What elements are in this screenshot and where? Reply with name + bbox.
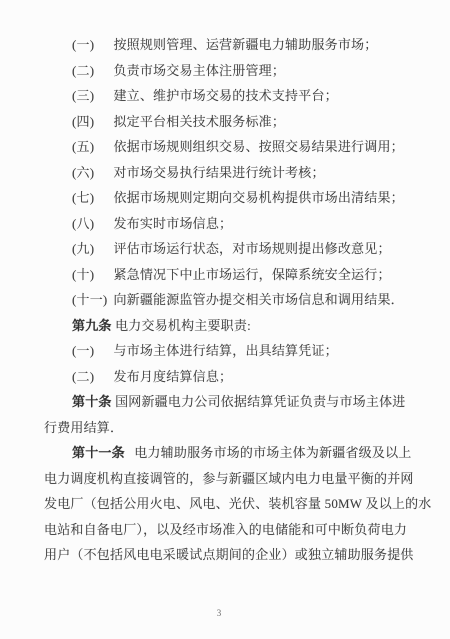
line-text: 电力交易机构主要职责:	[115, 318, 251, 333]
line-text: 拟定平台相关技术服务标准；	[113, 114, 285, 129]
document-line: (三) 建立、维护市场交易的技术支持平台；	[72, 83, 416, 109]
article-heading: 第十一条	[72, 445, 125, 460]
item-number: (十一)	[72, 287, 110, 313]
document-line: 用户（不包括风电电采暖试点期间的企业）或独立辅助服务提供	[44, 542, 416, 568]
line-text: 建立、维护市场交易的技术支持平台；	[113, 88, 337, 103]
item-number: (八)	[72, 211, 110, 237]
document-line: (一) 按照规则管理、运营新疆电力辅助服务市场；	[72, 32, 416, 58]
line-text: 国网新疆电力公司依据结算凭证负责与市场主体进	[115, 394, 405, 409]
document-line: (七) 依据市场规则定期向交易机构提供市场出清结果；	[72, 185, 416, 211]
document-line: (二) 发布月度结算信息；	[72, 364, 416, 390]
document-line: (十一) 向新疆能源监管办提交相关市场信息和调用结果．	[72, 287, 416, 313]
document-line: 行费用结算．	[44, 415, 416, 441]
item-number: (二)	[72, 364, 110, 390]
line-text: 对市场交易执行结果进行统计考核；	[113, 165, 324, 180]
line-text: 负责市场交易主体注册管理；	[113, 63, 285, 78]
line-text: 向新疆能源监管办提交相关市场信息和调用结果．	[113, 292, 403, 307]
item-number: (九)	[72, 236, 110, 262]
document-line: (二) 负责市场交易主体注册管理；	[72, 58, 416, 84]
document-line: (一) 与市场主体进行结算，出具结算凭证；	[72, 338, 416, 364]
document-line: (六) 对市场交易执行结果进行统计考核；	[72, 160, 416, 186]
line-text: 用户（不包括风电电采暖试点期间的企业）或独立辅助服务提供	[44, 547, 414, 562]
item-number: (五)	[72, 134, 110, 160]
document-line: 电站和自备电厂），以及经市场准入的电储能和可中断负荷电力	[44, 517, 416, 543]
document-line: (四) 拟定平台相关技术服务标准；	[72, 109, 416, 135]
document-line: 第九条 电力交易机构主要职责:	[44, 313, 416, 339]
line-text: 发布实时市场信息；	[113, 216, 232, 231]
document-line: 第十一条 电力辅助服务市场的市场主体为新疆省级及以上	[44, 440, 416, 466]
document-line: 第十条 国网新疆电力公司依据结算凭证负责与市场主体进	[44, 389, 416, 415]
document-line: (九) 评估市场运行状态，对市场规则提出修改意见；	[72, 236, 416, 262]
line-text: 按照规则管理、运营新疆电力辅助服务市场；	[113, 37, 377, 52]
line-text: 依据市场规则定期向交易机构提供市场出清结果；	[113, 190, 403, 205]
article-heading: 第九条	[72, 318, 112, 333]
line-text: 电站和自备电厂），以及经市场准入的电储能和可中断负荷电力	[44, 522, 407, 537]
document-line: (十) 紧急情况下中止市场运行，保障系统安全运行；	[72, 262, 416, 288]
line-text: 评估市场运行状态，对市场规则提出修改意见；	[113, 241, 390, 256]
document-line: (五) 依据市场规则组织交易、按照交易结果进行调用；	[72, 134, 416, 160]
document-line: (八) 发布实时市场信息；	[72, 211, 416, 237]
text-block: (一) 按照规则管理、运营新疆电力辅助服务市场； (二) 负责市场交易主体注册管…	[44, 32, 416, 568]
line-text: 行费用结算．	[44, 420, 123, 435]
item-number: (一)	[72, 32, 110, 58]
item-number: (六)	[72, 160, 110, 186]
line-text: 电力调度机构直接调管的，参与新疆区域内电力电量平衡的并网	[44, 471, 414, 486]
document-page: (一) 按照规则管理、运营新疆电力辅助服务市场； (二) 负责市场交易主体注册管…	[0, 0, 450, 639]
item-number: (一)	[72, 338, 110, 364]
line-text: 电力辅助服务市场的市场主体为新疆省级及以上	[134, 445, 411, 460]
item-number: (四)	[72, 109, 110, 135]
document-line: 发电厂（包括公用火电、风电、光伏、装机容量 50MW 及以上的水	[44, 491, 416, 517]
line-text: 依据市场规则组织交易、按照交易结果进行调用；	[113, 139, 403, 154]
item-number: (七)	[72, 185, 110, 211]
item-number: (十)	[72, 262, 110, 288]
item-number: (三)	[72, 83, 110, 109]
line-text: 发布月度结算信息；	[113, 369, 232, 384]
item-number: (二)	[72, 58, 110, 84]
document-line: 电力调度机构直接调管的，参与新疆区域内电力电量平衡的并网	[44, 466, 416, 492]
line-text: 与市场主体进行结算，出具结算凭证；	[113, 343, 337, 358]
line-text: 紧急情况下中止市场运行，保障系统安全运行；	[113, 267, 390, 282]
article-heading: 第十条	[72, 394, 112, 409]
line-text: 发电厂（包括公用火电、风电、光伏、装机容量 50MW 及以上的水	[44, 496, 432, 511]
page-number: 3	[0, 606, 438, 620]
